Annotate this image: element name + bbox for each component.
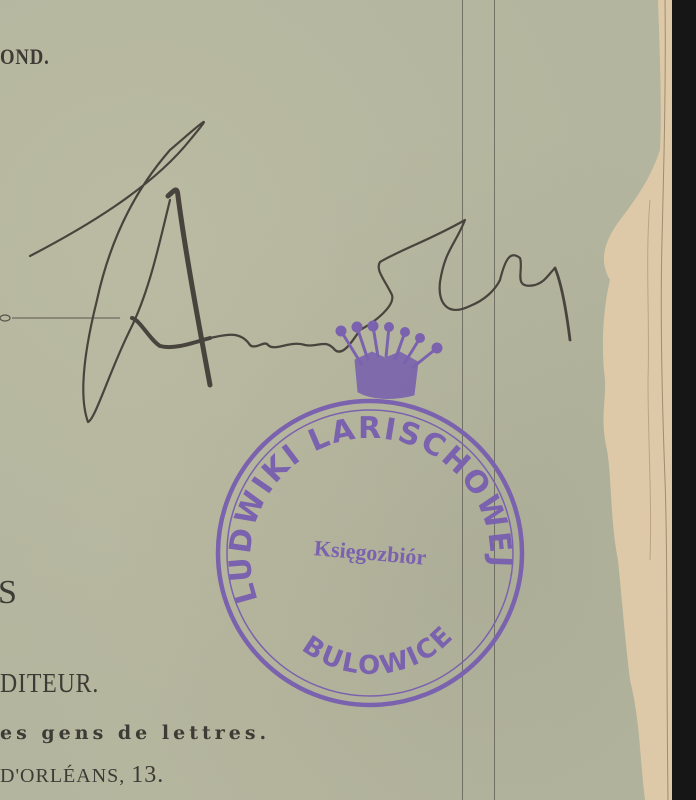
document-page: OND. S DITEUR. es gens de lettres. D'ORL… <box>0 0 696 800</box>
stamp-location: BULOWICE <box>297 620 460 681</box>
crown-icon <box>336 321 442 398</box>
stamp-center-text: Księgozbiór <box>313 535 427 570</box>
scan-background-edge <box>680 0 696 800</box>
torn-edge <box>603 0 680 800</box>
library-stamp: LUDWIKI LARISCHOWEJ BULOWICE Księgozbiór <box>218 401 522 705</box>
signature-and-stamp-layer: LUDWIKI LARISCHOWEJ BULOWICE Księgozbiór <box>0 0 696 800</box>
signature <box>30 122 570 422</box>
dotted-rule <box>0 315 120 321</box>
